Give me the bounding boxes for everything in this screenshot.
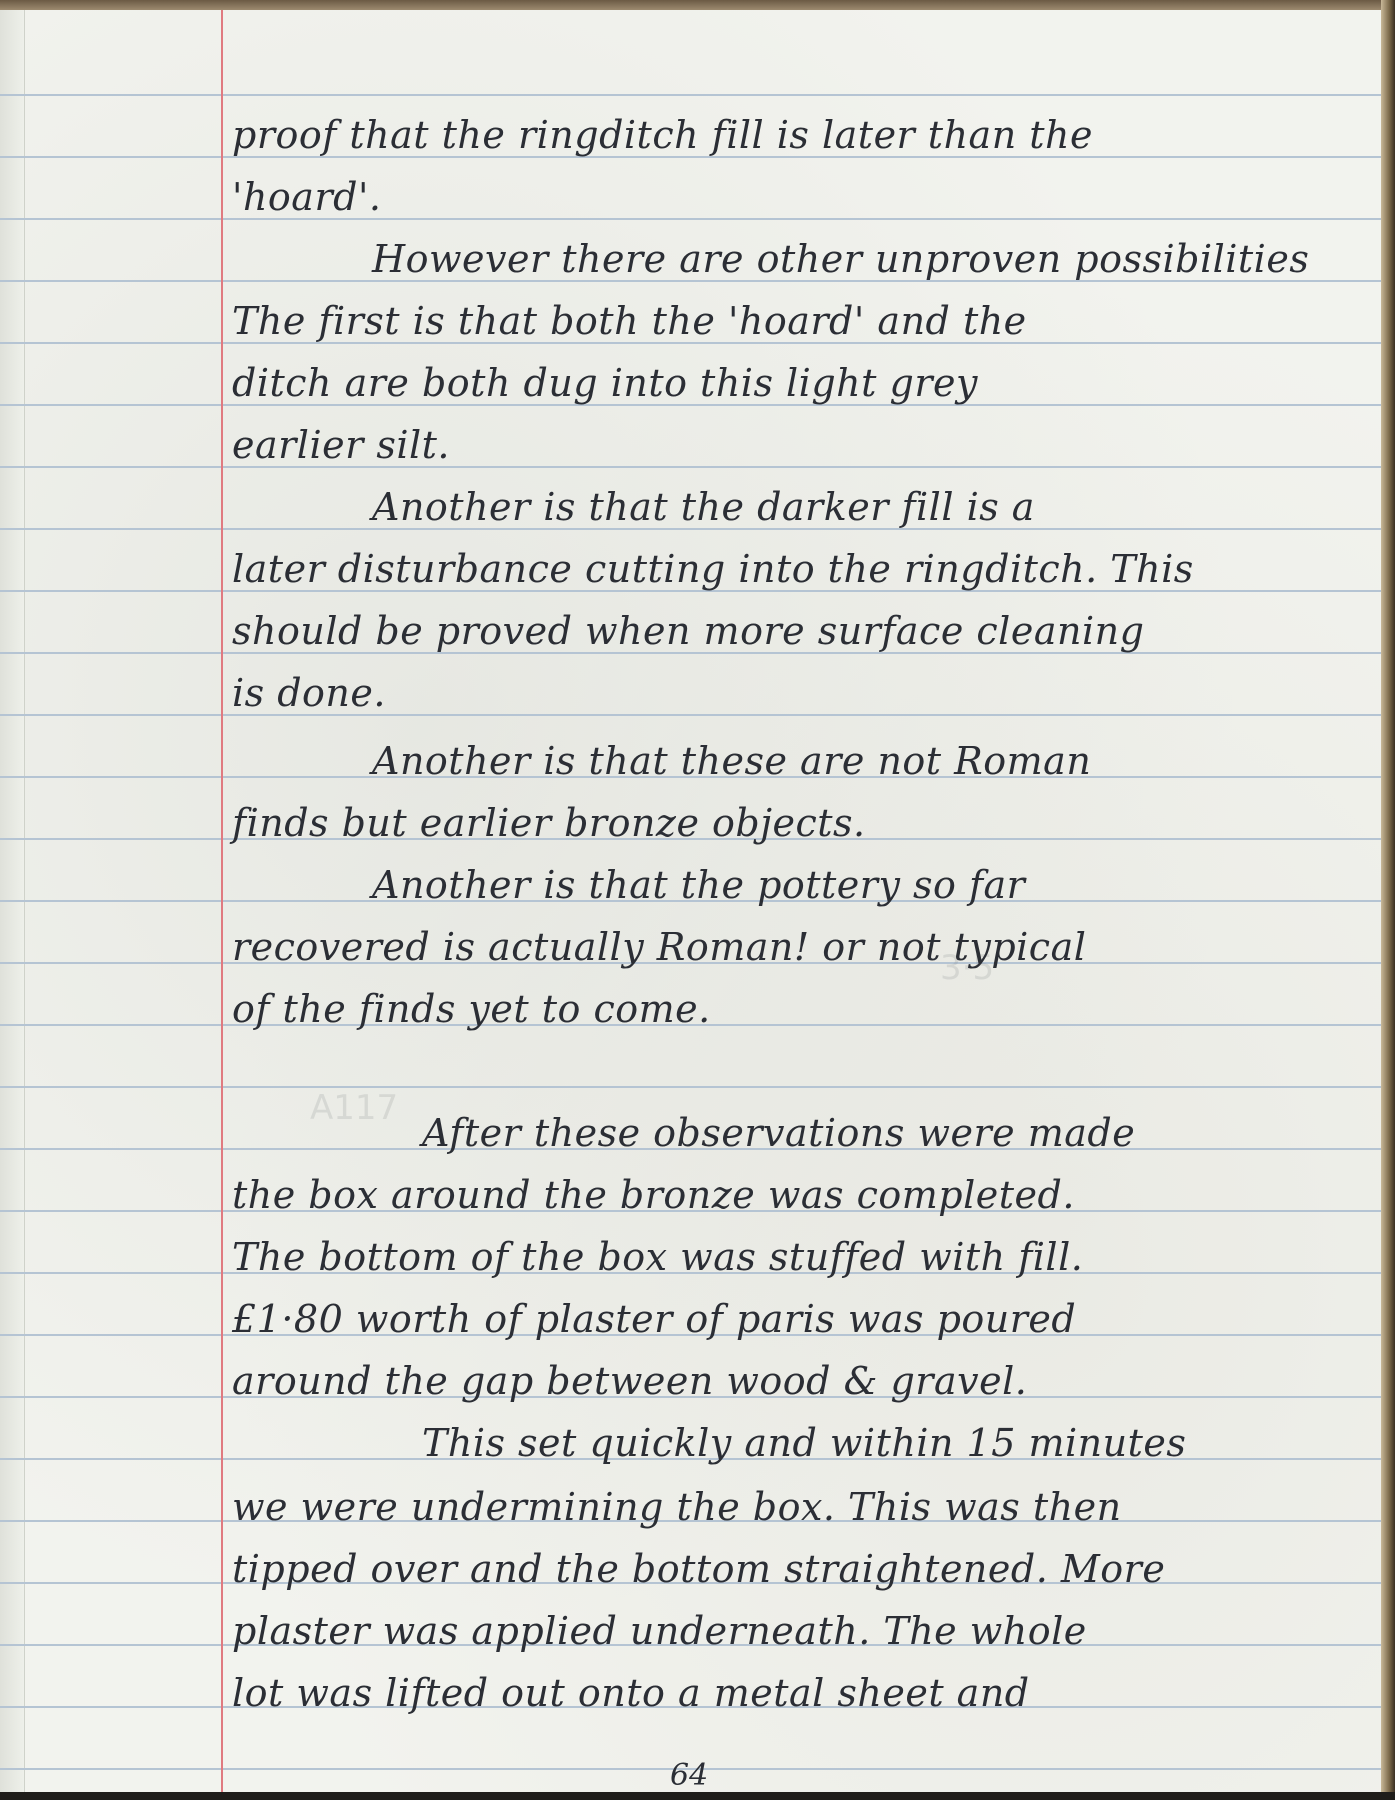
text-line: later disturbance cutting into the ringd… [232, 550, 1355, 588]
text-line: However there are other unproven possibi… [232, 240, 1355, 278]
text-line: recovered is actually Roman! or not typi… [232, 928, 1355, 966]
text-line: This set quickly and within 15 minutes [232, 1424, 1355, 1462]
text-line: is done. [232, 674, 1355, 712]
text-line: should be proved when more surface clean… [232, 612, 1355, 650]
text-line: of the finds yet to come. [232, 990, 1355, 1028]
text-line: 'hoard'. [232, 178, 1355, 216]
text-line: proof that the ringditch fill is later t… [232, 116, 1355, 154]
text-line: Another is that the darker fill is a [232, 488, 1355, 526]
margin-line [221, 8, 223, 1794]
page-right-edge [1381, 0, 1395, 1800]
text-line: the box around the bronze was completed. [232, 1176, 1355, 1214]
text-line: The first is that both the 'hoard' and t… [232, 302, 1355, 340]
rule-line [0, 466, 1385, 468]
notebook-page: A117 3·5 proof that the ringditch fill i… [0, 8, 1385, 1794]
page-bottom-edge [0, 1792, 1395, 1800]
page-number: 64 [670, 1758, 708, 1793]
rule-line [0, 1086, 1385, 1088]
text-line: Another is that the pottery so far [232, 866, 1355, 904]
text-line: £1·80 worth of plaster of paris was pour… [232, 1300, 1355, 1338]
text-line: The bottom of the box was stuffed with f… [232, 1238, 1355, 1276]
text-line: tipped over and the bottom straightened.… [232, 1550, 1355, 1588]
text-line: lot was lifted out onto a metal sheet an… [232, 1674, 1355, 1712]
rule-line [0, 94, 1385, 96]
text-line: finds but earlier bronze objects. [232, 804, 1355, 842]
text-line: After these observations were made [232, 1114, 1355, 1152]
rule-line [0, 714, 1385, 716]
text-line: around the gap between wood & gravel. [232, 1362, 1355, 1400]
text-line: we were undermining the box. This was th… [232, 1488, 1355, 1526]
text-line: ditch are both dug into this light grey [232, 364, 1355, 402]
page-top-edge [0, 0, 1395, 10]
text-line: Another is that these are not Roman [232, 742, 1355, 780]
rule-line [0, 218, 1385, 220]
text-line: earlier silt. [232, 426, 1355, 464]
text-line: plaster was applied underneath. The whol… [232, 1612, 1355, 1650]
